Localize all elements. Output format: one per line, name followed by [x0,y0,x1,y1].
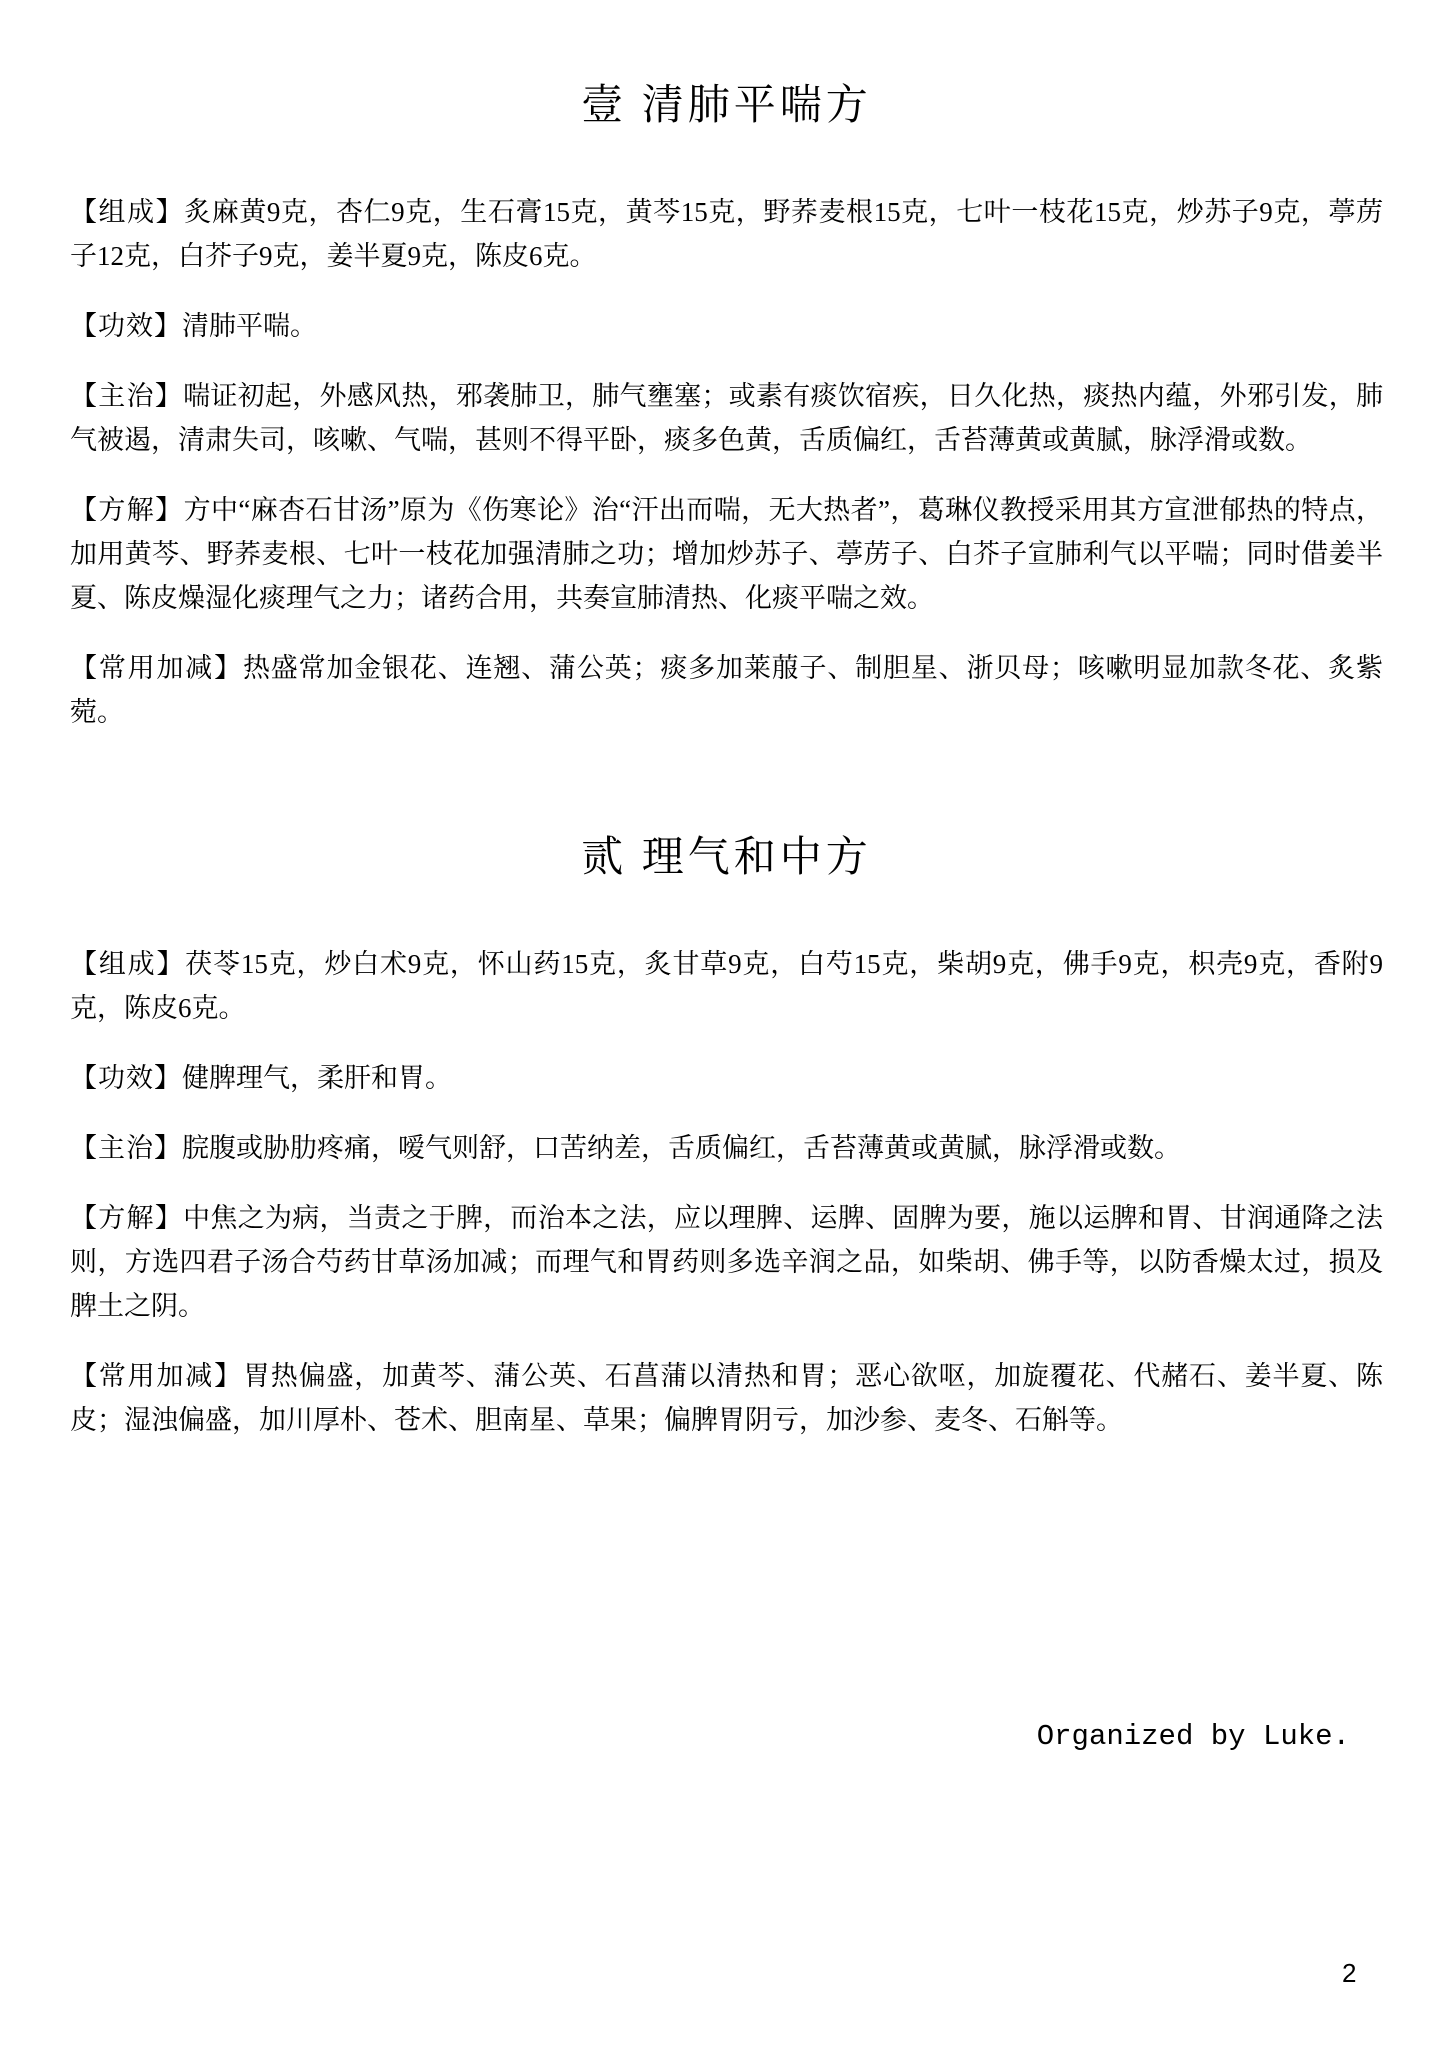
section-1-title: 壹 清肺平喘方 [70,78,1383,134]
paragraph-text: 胃热偏盛，加黄芩、蒲公英、石菖蒲以清热和胃；恶心欲呕，加旋覆花、代赭石、姜半夏、… [70,1361,1383,1435]
paragraph-text: 中焦之为病，当责之于脾，而治本之法，应以理脾、运脾、固脾为要，施以运脾和胃、甘润… [70,1203,1383,1321]
section-2-paragraph-indications: 【主治】脘腹或胁肋疼痛，嗳气则舒，口苦纳差，舌质偏红，舌苔薄黄或黄腻，脉浮滑或数… [70,1126,1383,1170]
paragraph-label: 【组成】 [70,197,184,227]
paragraph-text: 热盛常加金银花、连翘、蒲公英；痰多加莱菔子、制胆星、浙贝母；咳嗽明显加款冬花、炙… [70,653,1383,727]
paragraph-text: 清肺平喘。 [182,311,317,341]
document-page: 壹 清肺平喘方 【组成】炙麻黄9克，杏仁9克，生石膏15克，黄芩15克，野荞麦根… [0,0,1447,2048]
paragraph-text: 方中“麻杏石甘汤”原为《伤寒论》治“汗出而喘，无大热者”，葛琳仪教授采用其方宣泄… [70,495,1383,613]
section-2-paragraph-effect: 【功效】健脾理气，柔肝和胃。 [70,1056,1383,1100]
section-1-paragraph-indications: 【主治】喘证初起，外感风热，邪袭肺卫，肺气壅塞；或素有痰饮宿疾，日久化热，痰热内… [70,374,1383,462]
paragraph-label: 【功效】 [70,311,182,341]
paragraph-text: 脘腹或胁肋疼痛，嗳气则舒，口苦纳差，舌质偏红，舌苔薄黄或黄腻，脉浮滑或数。 [182,1133,1181,1163]
paragraph-label: 【方解】 [70,1203,183,1233]
paragraph-text: 茯苓15克，炒白术9克，怀山药15克，炙甘草9克，白芍15克，柴胡9克，佛手9克… [70,949,1383,1023]
paragraph-text: 健脾理气，柔肝和胃。 [182,1063,452,1093]
section-2-paragraph-explanation: 【方解】中焦之为病，当责之于脾，而治本之法，应以理脾、运脾、固脾为要，施以运脾和… [70,1196,1383,1328]
section-1-paragraph-effect: 【功效】清肺平喘。 [70,304,1383,348]
paragraph-label: 【功效】 [70,1063,182,1093]
page-content: 壹 清肺平喘方 【组成】炙麻黄9克，杏仁9克，生石膏15克，黄芩15克，野荞麦根… [0,0,1447,1442]
section-1-paragraph-composition: 【组成】炙麻黄9克，杏仁9克，生石膏15克，黄芩15克，野荞麦根15克，七叶一枝… [70,190,1383,278]
paragraph-label: 【组成】 [70,949,185,979]
section-2-title: 贰 理气和中方 [70,830,1383,886]
paragraph-text: 喘证初起，外感风热，邪袭肺卫，肺气壅塞；或素有痰饮宿疾，日久化热，痰热内蕴，外邪… [70,381,1383,455]
page-number: 2 [1342,1958,1356,1989]
paragraph-label: 【方解】 [70,495,184,525]
footer-credit: Organized by Luke. [1037,1720,1350,1753]
section-1-paragraph-explanation: 【方解】方中“麻杏石甘汤”原为《伤寒论》治“汗出而喘，无大热者”，葛琳仪教授采用… [70,488,1383,620]
paragraph-label: 【主治】 [70,381,183,411]
section-2-paragraph-modifications: 【常用加减】胃热偏盛，加黄芩、蒲公英、石菖蒲以清热和胃；恶心欲呕，加旋覆花、代赭… [70,1354,1383,1442]
paragraph-label: 【常用加减】 [70,1361,243,1391]
paragraph-text: 炙麻黄9克，杏仁9克，生石膏15克，黄芩15克，野荞麦根15克，七叶一枝花15克… [70,197,1383,271]
paragraph-label: 【主治】 [70,1133,182,1163]
paragraph-label: 【常用加减】 [70,653,243,683]
section-2-paragraph-composition: 【组成】茯苓15克，炒白术9克，怀山药15克，炙甘草9克，白芍15克，柴胡9克，… [70,942,1383,1030]
section-1-paragraph-modifications: 【常用加减】热盛常加金银花、连翘、蒲公英；痰多加莱菔子、制胆星、浙贝母；咳嗽明显… [70,646,1383,734]
